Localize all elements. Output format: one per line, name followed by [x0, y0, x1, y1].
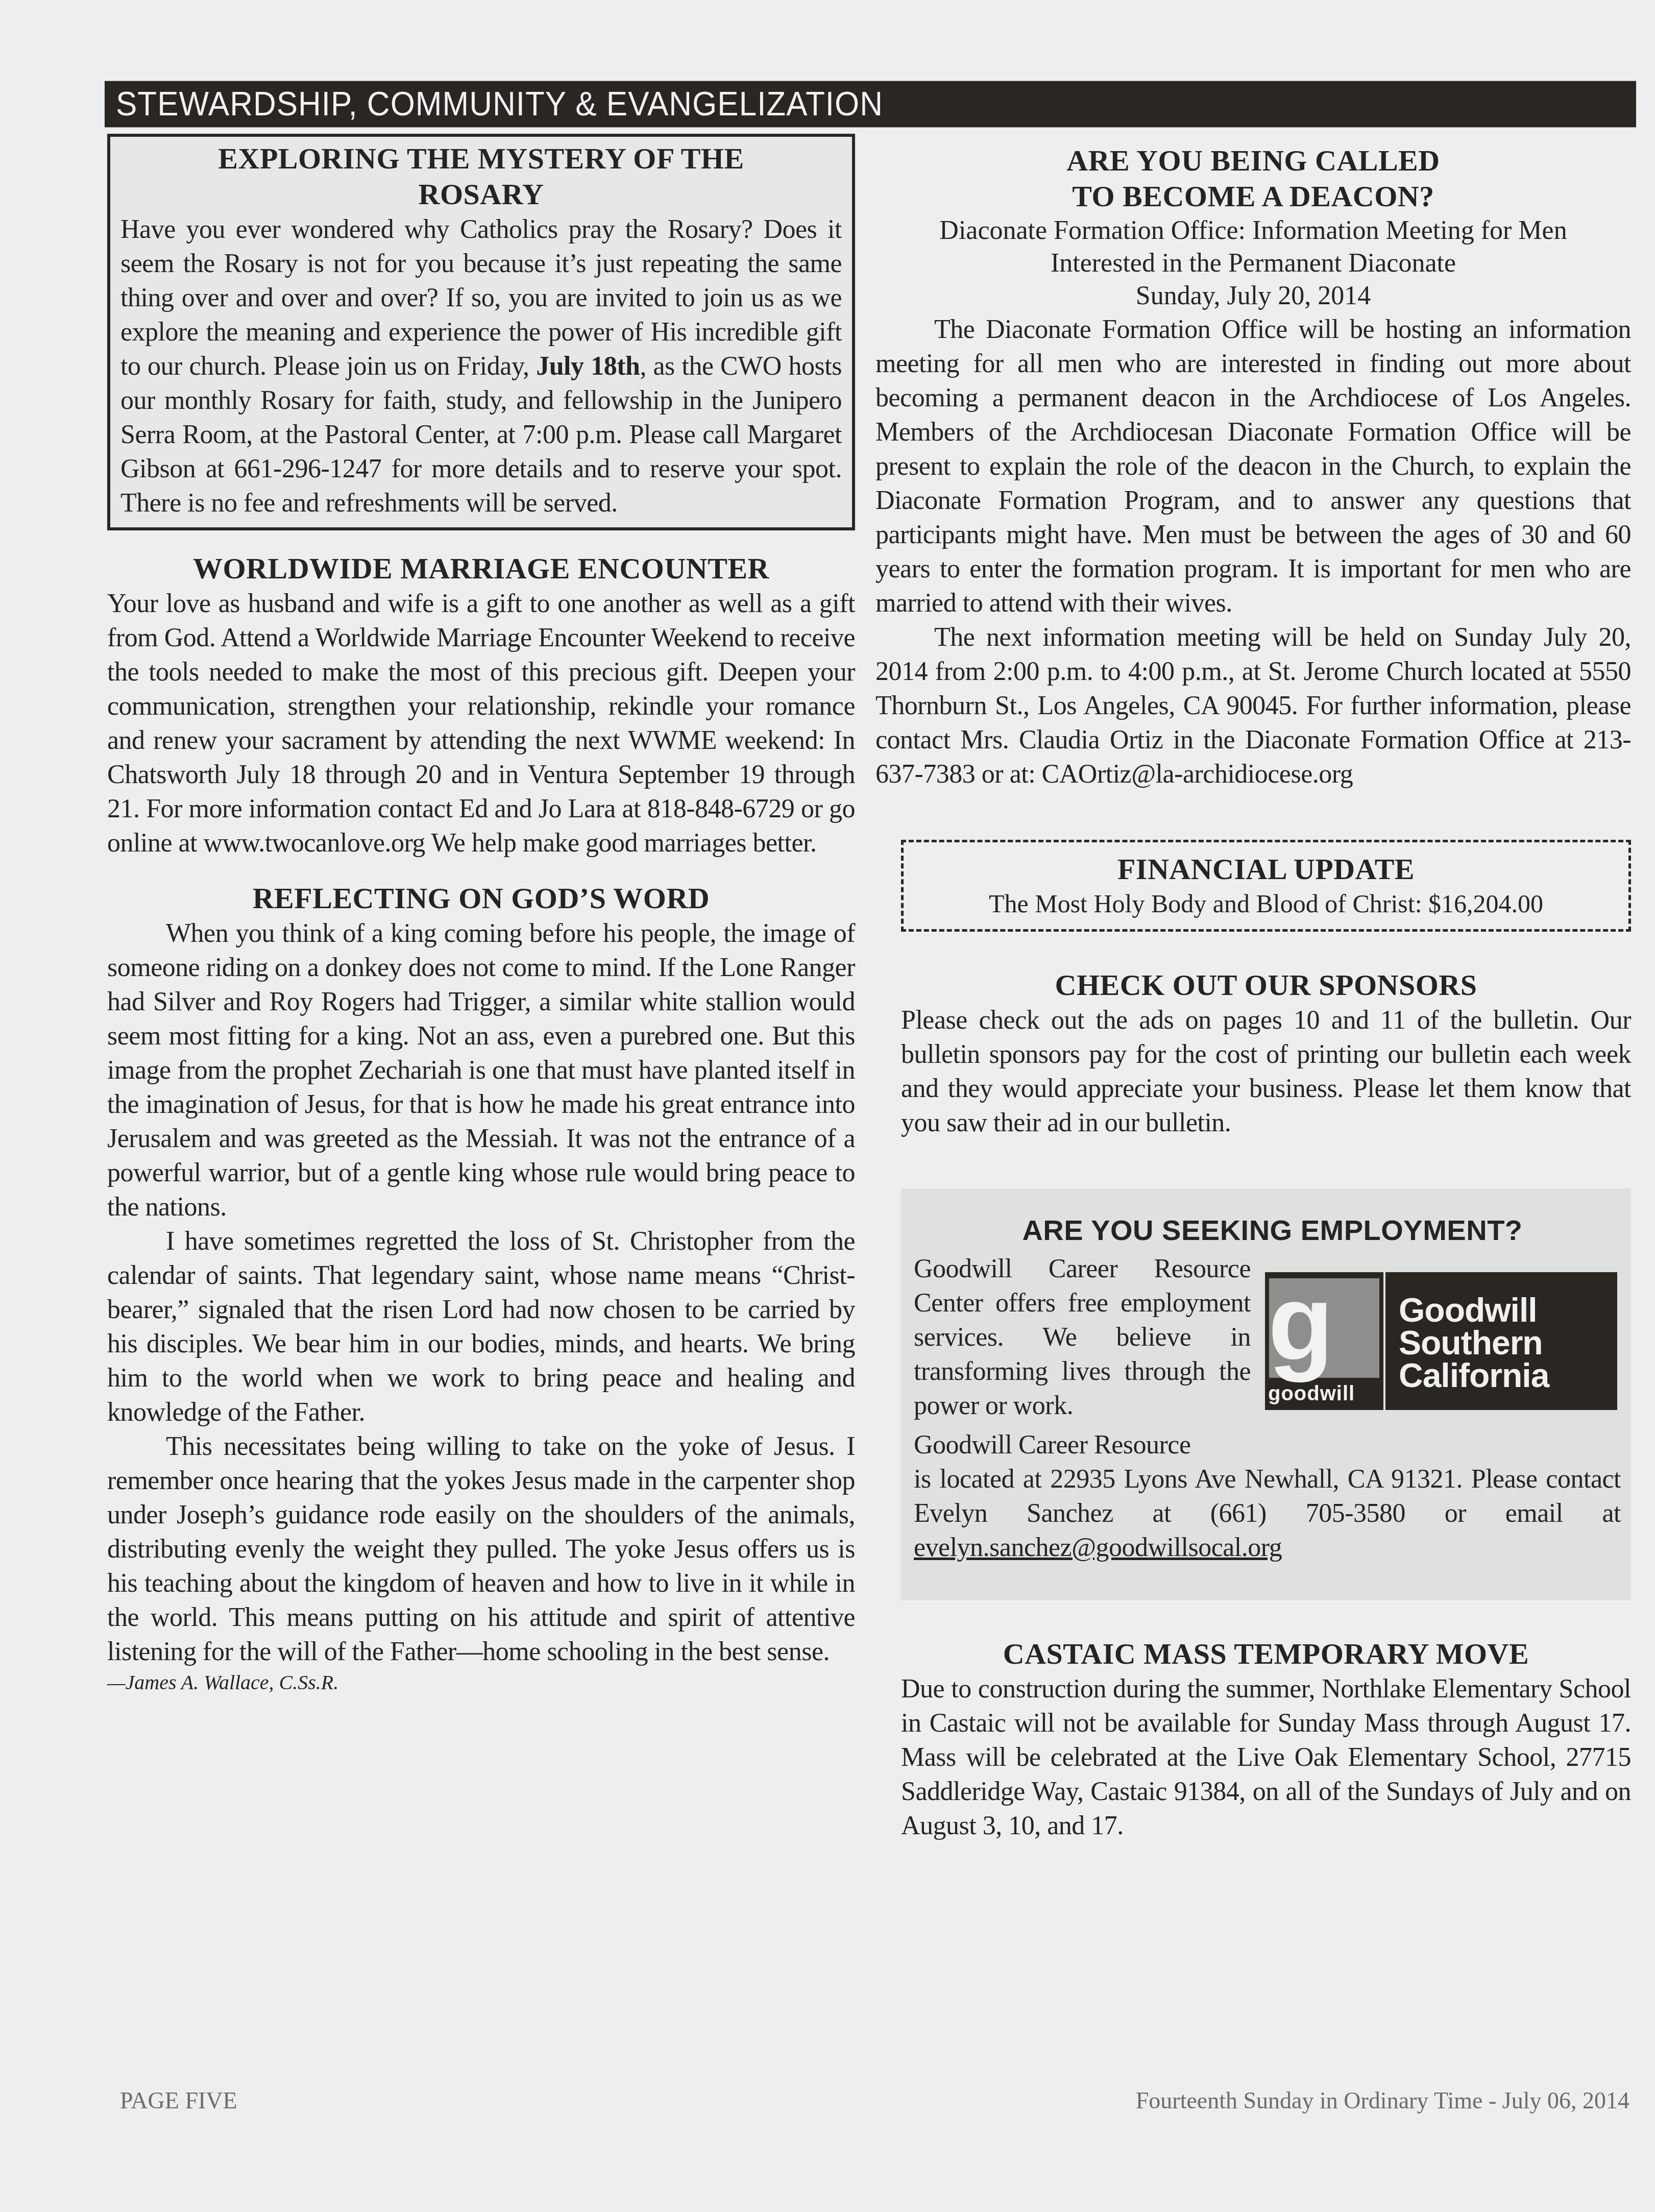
marriage-body-text: Your love as husband and wife is a gift … — [107, 587, 855, 860]
rosary-title: EXPLORING THE MYSTERY OF THE ROSARY — [120, 141, 842, 212]
deacon-subtitle-line2: Interested in the Permanent Diaconate — [875, 247, 1631, 280]
sponsors-body-text: Please check out the ads on pages 10 and… — [901, 1003, 1631, 1140]
gods-word-article: REFLECTING ON GOD’S WORD When you think … — [107, 881, 855, 1695]
employment-title: ARE YOU SEEKING EMPLOYMENT? — [914, 1214, 1631, 1247]
issue-date-label: Fourteenth Sunday in Ordinary Time - Jul… — [1136, 2087, 1629, 2114]
employment-row: Goodwill Career Resource Center offers f… — [914, 1252, 1631, 1423]
rosary-date-bold: July 18th — [536, 352, 640, 381]
financial-amount: $16,204.00 — [1428, 889, 1543, 918]
goodwill-g-letter: g — [1268, 1277, 1324, 1374]
goodwill-logo-line1: Goodwill — [1399, 1294, 1612, 1326]
deacon-title: ARE YOU BEING CALLED TO BECOME A DEACON? — [875, 143, 1631, 214]
left-column: EXPLORING THE MYSTERY OF THE ROSARY Have… — [107, 134, 855, 1695]
deacon-article: ARE YOU BEING CALLED TO BECOME A DEACON?… — [875, 143, 1631, 791]
deacon-body: The Diaconate Formation Office will be h… — [875, 312, 1631, 791]
employment-email-link[interactable]: evelyn.sanchez@goodwillsocal.org — [914, 1533, 1282, 1562]
gods-word-paragraph: When you think of a king coming before h… — [107, 916, 855, 1224]
employment-article-box: ARE YOU SEEKING EMPLOYMENT? Goodwill Car… — [901, 1188, 1631, 1600]
marriage-title: WORLDWIDE MARRIAGE ENCOUNTER — [107, 551, 855, 587]
goodwill-logo: g goodwill Goodwill Southern California — [1265, 1272, 1617, 1410]
employment-intro: Goodwill Career Resource Center offers f… — [914, 1252, 1251, 1423]
castaic-article: CASTAIC MASS TEMPORARY MOVE Due to const… — [875, 1636, 1631, 1843]
goodwill-logo-word: goodwill — [1268, 1381, 1380, 1406]
financial-label: The Most Holy Body and Blood of Christ: — [989, 889, 1422, 918]
goodwill-logo-text: Goodwill Southern California — [1385, 1272, 1617, 1410]
deacon-date: Sunday, July 20, 2014 — [875, 280, 1631, 312]
goodwill-g-icon: g goodwill — [1265, 1272, 1383, 1410]
gods-word-paragraph: This necessitates being willing to take … — [107, 1429, 855, 1669]
marriage-encounter-article: WORLDWIDE MARRIAGE ENCOUNTER Your love a… — [107, 551, 855, 860]
right-column: ARE YOU BEING CALLED TO BECOME A DEACON?… — [875, 134, 1631, 1843]
deacon-subtitle: Diaconate Formation Office: Information … — [875, 214, 1631, 312]
deacon-paragraph: The Diaconate Formation Office will be h… — [875, 312, 1631, 620]
financial-update-box: FINANCIAL UPDATE The Most Holy Body and … — [901, 840, 1631, 932]
page-number-label: PAGE FIVE — [120, 2087, 237, 2114]
financial-line: The Most Holy Body and Blood of Christ: … — [909, 887, 1623, 920]
gods-word-title: REFLECTING ON GOD’S WORD — [107, 881, 855, 916]
rosary-title-line1: EXPLORING THE MYSTERY OF THE — [218, 142, 744, 175]
employment-location-line1: Goodwill Career Resource — [914, 1428, 1621, 1462]
sponsors-body: Please check out the ads on pages 10 and… — [901, 1003, 1631, 1140]
financial-title: FINANCIAL UPDATE — [909, 852, 1623, 887]
rosary-title-line2: ROSARY — [419, 178, 544, 211]
employment-location: Goodwill Career Resource is located at 2… — [914, 1428, 1631, 1565]
employment-intro-text: Goodwill Career Resource Center offers f… — [914, 1252, 1251, 1423]
goodwill-logo-line2: Southern — [1399, 1326, 1612, 1359]
castaic-title: CASTAIC MASS TEMPORARY MOVE — [901, 1636, 1631, 1672]
deacon-title-line2: TO BECOME A DEACON? — [1072, 180, 1434, 213]
castaic-body: Due to construction during the summer, N… — [901, 1672, 1631, 1843]
employment-location-text: is located at 22935 Lyons Ave Newhall, C… — [914, 1465, 1621, 1528]
sponsors-title: CHECK OUT OUR SPONSORS — [901, 967, 1631, 1003]
deacon-title-line1: ARE YOU BEING CALLED — [1066, 144, 1440, 177]
goodwill-logo-line3: California — [1399, 1359, 1612, 1392]
castaic-body-text: Due to construction during the summer, N… — [901, 1672, 1631, 1843]
deacon-paragraph: The next information meeting will be hel… — [875, 620, 1631, 791]
rosary-article-box: EXPLORING THE MYSTERY OF THE ROSARY Have… — [107, 134, 855, 530]
section-header-bar: STEWARDSHIP, COMMUNITY & EVANGELIZATION — [105, 81, 1636, 128]
gods-word-attribution: —James A. Wallace, C.Ss.R. — [107, 1670, 855, 1695]
sponsors-article: CHECK OUT OUR SPONSORS Please check out … — [875, 967, 1631, 1140]
deacon-subtitle-line1: Diaconate Formation Office: Information … — [875, 214, 1631, 247]
gods-word-body: When you think of a king coming before h… — [107, 916, 855, 1669]
gods-word-paragraph: I have sometimes regretted the loss of S… — [107, 1224, 855, 1429]
bulletin-page: STEWARDSHIP, COMMUNITY & EVANGELIZATION … — [0, 0, 1655, 2212]
marriage-body: Your love as husband and wife is a gift … — [107, 587, 855, 860]
rosary-body: Have you ever wondered why Catholics pra… — [120, 212, 842, 520]
